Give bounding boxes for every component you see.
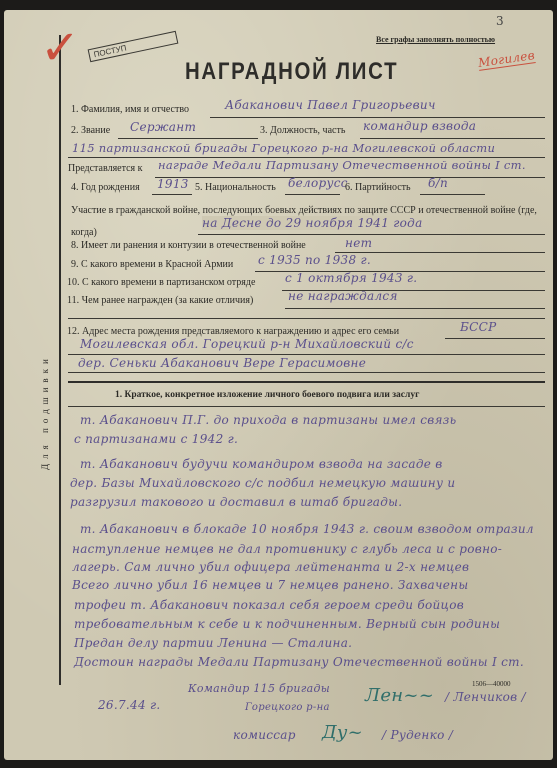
commissar-name: / Руденко /: [382, 728, 453, 742]
field-unit-value: 115 партизанской бригады Горецкого р-на …: [72, 141, 495, 155]
narrative-line: т. Абаканович будучи командиром взвода н…: [80, 457, 550, 476]
narrative-line: наступление немцев не дал противнику с г…: [72, 542, 550, 560]
field-12-value: БССР: [460, 320, 496, 334]
field-3-label: 3. Должность, часть: [260, 125, 345, 136]
nominated-for-value: награде Медали Партизану Отечественной в…: [158, 158, 526, 172]
narrative-line: требовательным к себе и к подчиненным. В…: [74, 617, 550, 636]
narrative-line: т. Абаканович в блокаде 10 ноября 1943 г…: [80, 522, 550, 542]
signature-date: 26.7.44 г.: [98, 698, 161, 712]
narrative-line: трофеи т. Абаканович показал себя героем…: [74, 598, 550, 617]
field-10-value: с 1 октября 1943 г.: [285, 271, 417, 285]
narrative-line: Достоин награды Медали Партизану Отечест…: [74, 655, 550, 674]
field-11-value: не награждался: [288, 289, 398, 303]
narrative-line: с партизанами с 1942 г.: [74, 432, 550, 457]
field-2-value: Сержант: [130, 120, 196, 134]
field-12-label: 12. Адрес места рождения представляемого…: [67, 326, 399, 337]
field-11-label: 11. Чем ранее награжден (за какие отличи…: [67, 295, 253, 306]
commander-signature: Лен~~: [365, 685, 434, 706]
address-line-2: дер. Сеньки Абаканович Вере Герасимовне: [78, 356, 366, 370]
section-heading: 1. Краткое, конкретное изложение личного…: [115, 390, 419, 400]
narrative-line: лагерь. Сам лично убил офицера лейтенант…: [72, 560, 550, 578]
field-1-value: Абаканович Павел Григорьевич: [225, 98, 436, 112]
commander-title: Командир 115 бригады: [188, 682, 330, 695]
document-title: НАГРАДНОЙ ЛИСТ: [185, 58, 398, 86]
narrative-line: разгрузил такового и доставил в штаб бри…: [70, 495, 550, 522]
side-label: Для подшивки: [40, 354, 50, 470]
field-6-value: б/п: [428, 176, 448, 190]
field-3-value: командир взвода: [363, 119, 476, 133]
commander-name: / Ленчиков /: [445, 690, 526, 704]
field-5-label: 5. Национальность: [195, 182, 276, 193]
print-code: 1506—40000: [472, 680, 511, 688]
field-1-label: 1. Фамилия, имя и отчество: [71, 104, 189, 115]
commander-district: Горецкого р-на: [245, 702, 330, 713]
narrative-line: дер. Базы Михайловского с/с подбил немец…: [70, 476, 550, 495]
field-9-value: с 1935 по 1938 г.: [258, 253, 371, 267]
red-checkmark: ✓: [40, 20, 81, 76]
instruction-text: Все графы заполнять полностью: [376, 35, 495, 44]
field-6-label: 6. Партийность: [345, 182, 411, 193]
address-line-1: Могилевская обл. Горецкий р-н Михайловск…: [80, 337, 414, 351]
field-9-label: 9. С какого времени в Красной Армии: [71, 259, 233, 270]
field-4-label: 4. Год рождения: [71, 182, 140, 193]
narrative-block: т. Абаканович П.Г. до прихода в партизан…: [80, 413, 550, 674]
field-2-label: 2. Звание: [71, 125, 110, 136]
field-10-label: 10. С какого времени в партизанском отря…: [67, 277, 255, 288]
nominated-for-label: Представляется к: [68, 163, 143, 174]
sheet-number: 3: [496, 14, 504, 28]
commissar-signature: Ду~: [322, 722, 363, 743]
field-7-value: на Десне до 29 ноября 1941 года: [202, 216, 423, 230]
field-5-value: белорусс: [288, 176, 348, 190]
field-8-label: 8. Имеет ли ранения и контузии в отечест…: [71, 240, 306, 251]
field-8-value: нет: [345, 236, 372, 250]
narrative-line: Всего лично убил 16 немцев и 7 немцев ра…: [72, 578, 550, 598]
narrative-line: т. Абаканович П.Г. до прихода в партизан…: [80, 413, 550, 432]
binding-margin-line: [59, 35, 61, 685]
field-4-value: 1913: [157, 177, 189, 191]
narrative-line: Предан делу партии Ленина — Сталина.: [74, 636, 550, 655]
commissar-title: комиссар: [233, 728, 296, 742]
